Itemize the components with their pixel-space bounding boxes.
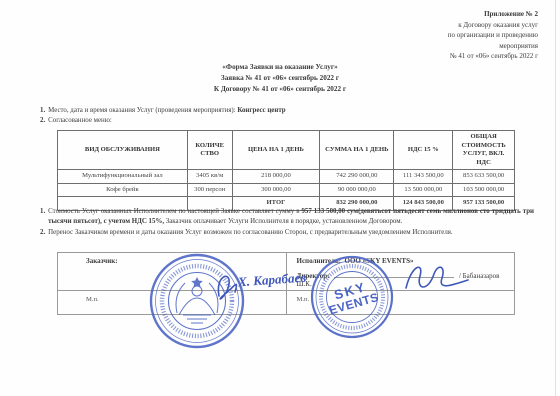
col-header-price-per-day: ЦЕНА НА 1 ДЕНЬ xyxy=(232,131,320,170)
customer-seal-cell: М.п. xyxy=(58,291,287,315)
intro-list: 1.Место, дата и время оказания Услуг (пр… xyxy=(40,106,532,126)
document-page: Приложение № 2 к Договору оказания услуг… xyxy=(0,0,560,396)
terms-text: Перенос Заказчиком времени и даты оказан… xyxy=(48,228,534,238)
cell-vat: 13 500 000,00 xyxy=(394,183,453,197)
annex-line: № 41 от «06» сентябрь 2022 г xyxy=(448,51,538,62)
executor-label: Исполнитель: xyxy=(297,257,342,265)
annex-line: мероприятия xyxy=(448,41,538,52)
page-edge-shadow xyxy=(555,0,556,396)
intro-item: 2.Согласованное меню: xyxy=(40,116,532,126)
cell-price: 218 000,00 xyxy=(232,170,320,184)
intro-item: 1.Место, дата и время оказания Услуг (пр… xyxy=(40,106,532,116)
table-row: Мультифункциональный зал 3405 кв/м 218 0… xyxy=(58,170,515,184)
cell-vat: 111 343 500,00 xyxy=(394,170,453,184)
cell-sum: 742 290 000,00 xyxy=(320,170,394,184)
customer-mp-label: М.п. xyxy=(86,296,99,303)
terms-text-normal: Заказчик оплачивает Услуги Исполнителя в… xyxy=(164,218,402,225)
title-line: «Форма Заявки на оказание Услуг» xyxy=(0,62,560,73)
document-title: «Форма Заявки на оказание Услуг» Заявка … xyxy=(0,62,560,95)
executor-mp-label: М.п. xyxy=(297,296,310,303)
table-row: Кофе брейк 300 персон 300 000,00 90 000 … xyxy=(58,183,515,197)
item-number: 2. xyxy=(40,117,45,124)
item-text: Место, дата и время оказания Услуг (пров… xyxy=(48,107,237,114)
title-line: К Договору № 41 от «06» сентябрь 2022 г xyxy=(0,84,560,95)
col-header-sum-per-day: СУММА НА 1 ДЕНЬ xyxy=(320,131,394,170)
executor-cell: Исполнитель: ООО «SKY EVENTS» Директор: … xyxy=(286,253,515,291)
signature-row-seals: М.п. М.п. xyxy=(58,291,515,315)
customer-label: Заказчик: xyxy=(86,257,118,265)
item-bold-text: Конгресс центр xyxy=(237,107,285,114)
col-header-vat: НДС 15 % xyxy=(394,131,453,170)
terms-item: 2. Перенос Заказчиком времени и даты ока… xyxy=(40,228,534,238)
executor-seal-cell: М.п. xyxy=(286,291,515,315)
cell-quantity: 3405 кв/м xyxy=(187,170,232,184)
terms-text-normal: Перенос Заказчиком времени и даты оказан… xyxy=(48,229,452,236)
col-header-total-cost: ОБЩАЯ СТОИМОСТЬ УСЛУГ, ВКЛ. НДС xyxy=(453,131,515,170)
services-table: ВИД ОБСЛУЖИВАНИЯ КОЛИЧЕ СТВО ЦЕНА НА 1 Д… xyxy=(57,130,515,211)
annex-header: Приложение № 2 к Договору оказания услуг… xyxy=(448,9,538,62)
annex-line: Приложение № 2 xyxy=(448,9,538,20)
cell-quantity: 300 персон xyxy=(187,183,232,197)
terms-text-normal: Стоимость Услуг оказанных Исполнителем п… xyxy=(48,208,301,215)
item-number: 1. xyxy=(40,207,45,227)
table-header-row: ВИД ОБСЛУЖИВАНИЯ КОЛИЧЕ СТВО ЦЕНА НА 1 Д… xyxy=(58,131,515,170)
cell-total: 853 633 500,00 xyxy=(453,170,515,184)
item-text: Согласованное меню: xyxy=(48,117,112,124)
terms-list: 1. Стоимость Услуг оказанных Исполнителе… xyxy=(40,207,534,238)
col-header-quantity: КОЛИЧЕ СТВО xyxy=(187,131,232,170)
cell-service: Кофе брейк xyxy=(58,183,188,197)
cell-service: Мультифункциональный зал xyxy=(58,170,188,184)
col-header-service-type: ВИД ОБСЛУЖИВАНИЯ xyxy=(58,131,188,170)
annex-line: по организации и проведению xyxy=(448,30,538,41)
item-number: 1. xyxy=(40,107,45,114)
item-number: 2. xyxy=(40,228,45,238)
terms-item: 1. Стоимость Услуг оказанных Исполнителе… xyxy=(40,207,534,227)
cell-total: 103 500 000,00 xyxy=(453,183,515,197)
director-signature-line xyxy=(334,271,454,278)
annex-line: к Договору оказания услуг xyxy=(448,20,538,31)
cell-sum: 90 000 000,00 xyxy=(320,183,394,197)
title-line: Заявка № 41 от «06» сентябрь 2022 г xyxy=(0,73,560,84)
executor-company: ООО «SKY EVENTS» xyxy=(345,257,414,265)
terms-text: Стоимость Услуг оказанных Исполнителем п… xyxy=(48,207,534,227)
cell-price: 300 000,00 xyxy=(232,183,320,197)
